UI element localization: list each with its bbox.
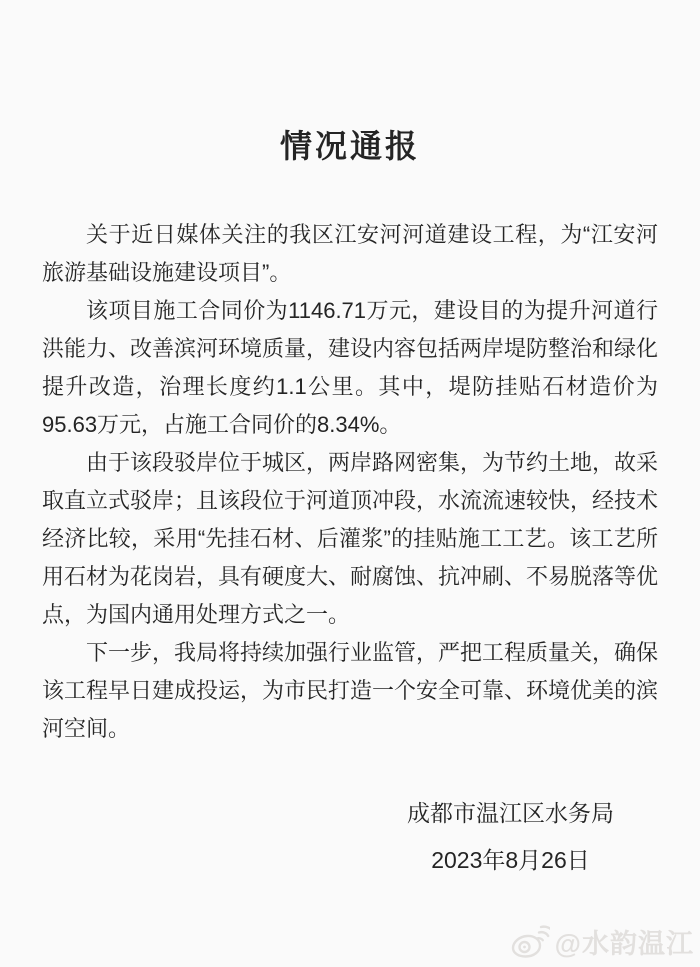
signature-block: 成都市温江区水务局 2023年8月26日 — [407, 790, 614, 884]
signature-date: 2023年8月26日 — [407, 837, 614, 884]
paragraph-construction-method: 由于该段驳岸位于城区，两岸路网密集，为节约土地，故采取直立式驳岸；且该段位于河道… — [42, 444, 658, 634]
weibo-logo-icon — [510, 925, 550, 959]
notice-title: 情况通报 — [0, 0, 700, 167]
notice-page: 情况通报 关于近日媒体关注的我区江安河河道建设工程，为“江安河旅游基础设施建设项… — [0, 0, 700, 967]
signature-organization: 成都市温江区水务局 — [407, 790, 614, 837]
paragraph-contract-price: 该项目施工合同价为1146.71万元，建设目的为提升河道行洪能力、改善滨河环境质… — [42, 292, 658, 444]
watermark: @水韵温江 — [510, 922, 694, 961]
paragraph-next-steps: 下一步，我局将持续加强行业监管，严把工程质量关，确保该工程早日建成投运，为市民打… — [42, 634, 658, 748]
paragraph-project-intro: 关于近日媒体关注的我区江安河河道建设工程，为“江安河旅游基础设施建设项目”。 — [42, 216, 658, 292]
watermark-handle: @水韵温江 — [555, 922, 694, 961]
notice-body: 关于近日媒体关注的我区江安河河道建设工程，为“江安河旅游基础设施建设项目”。 该… — [0, 216, 700, 748]
